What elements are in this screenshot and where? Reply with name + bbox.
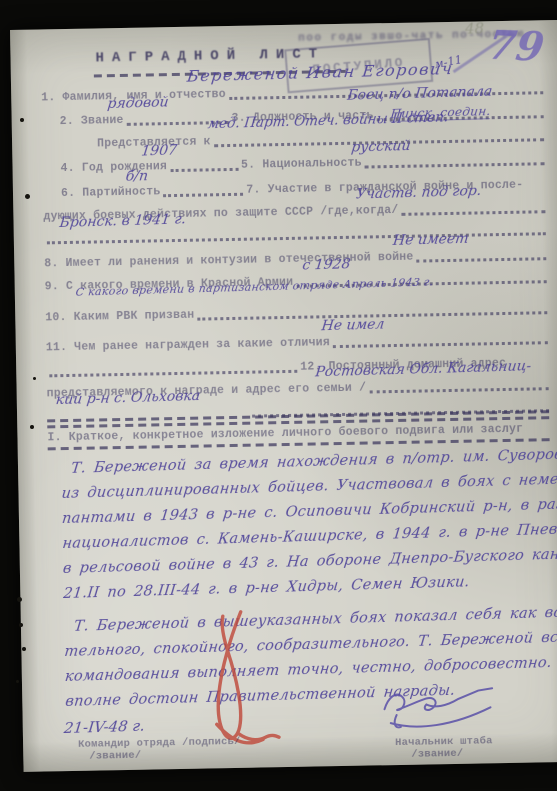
narrative-line: Т. Береженой в вышеуказанных боях показа… bbox=[73, 602, 557, 635]
field-12-value-2: кий р-н с. Ольховка bbox=[55, 388, 201, 408]
pencil-number: 48 bbox=[465, 19, 484, 37]
field-6-label: 6. Партийность bbox=[61, 185, 161, 200]
field-5-label: 5. Национальность bbox=[241, 157, 362, 172]
field-9-value: с 1928 bbox=[302, 256, 352, 273]
paper-speck bbox=[17, 597, 22, 602]
document-paper: поо годы звшо-чать по-чостью ПОСТУПИЛО м… bbox=[10, 20, 557, 772]
field-10-label: 10. Каким РВК призван bbox=[45, 309, 194, 325]
field-8-label: 8. Имеет ли ранения и контузии в отечест… bbox=[44, 251, 413, 271]
field-5-value: русский bbox=[350, 138, 411, 156]
chief-of-staff-signature bbox=[374, 679, 510, 736]
page-number-handwritten: 79 bbox=[485, 22, 547, 71]
field-11-label: 11. Чем ранее награжден за какие отличия bbox=[46, 336, 330, 354]
field-8-row: 8. Имеет ли ранения и контузии в отечест… bbox=[44, 248, 549, 270]
field-4-label: 4. Год рождения bbox=[60, 160, 167, 175]
paper-speck bbox=[33, 377, 36, 380]
field-3-value: Боец п/о Потапала bbox=[346, 84, 493, 104]
field-7-value-2: Бронск. в 1941 г. bbox=[59, 211, 187, 231]
narrative-line: пантами в 1943 в р-не с. Осиповичи Кобри… bbox=[61, 495, 557, 527]
paper-speck bbox=[16, 680, 19, 683]
narrative-date: 21-IV-48 г. bbox=[63, 717, 146, 737]
field-11-value: Не имел bbox=[321, 317, 386, 335]
field-4-value: 1907 bbox=[140, 143, 177, 160]
paper-speck bbox=[25, 194, 30, 199]
paper-speck bbox=[19, 623, 23, 627]
chief-of-staff-rank-label: /звание/ bbox=[411, 748, 463, 762]
field-6-value: б/п bbox=[125, 168, 149, 185]
field-11-row: 11. Чем ранее награжден за какие отличия bbox=[46, 332, 551, 354]
narrative-line: 21.II по 28.III-44 г. в р-не Хидры, Семе… bbox=[62, 574, 470, 602]
paper-speck bbox=[30, 425, 34, 429]
field-8-value: Не имеет bbox=[392, 231, 469, 249]
commander-rank-label: /звание/ bbox=[89, 750, 141, 764]
scanned-award-sheet: поо годы звшо-чать по-чостью ПОСТУПИЛО м… bbox=[0, 0, 557, 791]
field-2-value: рядовой bbox=[107, 94, 170, 112]
narrative-line: в рельсовой войне в 43 г. На обороне Дне… bbox=[62, 546, 557, 578]
paper-speck bbox=[22, 647, 26, 651]
field-7-value: Участв. под гор. bbox=[355, 183, 482, 203]
field-10-row: 10. Каким РВК призван bbox=[45, 302, 550, 324]
field-2-label: 2. Звание bbox=[60, 114, 124, 128]
paper-speck bbox=[20, 118, 24, 122]
narrative-line: Т. Береженой за время нахождения в п/отр… bbox=[70, 444, 557, 477]
